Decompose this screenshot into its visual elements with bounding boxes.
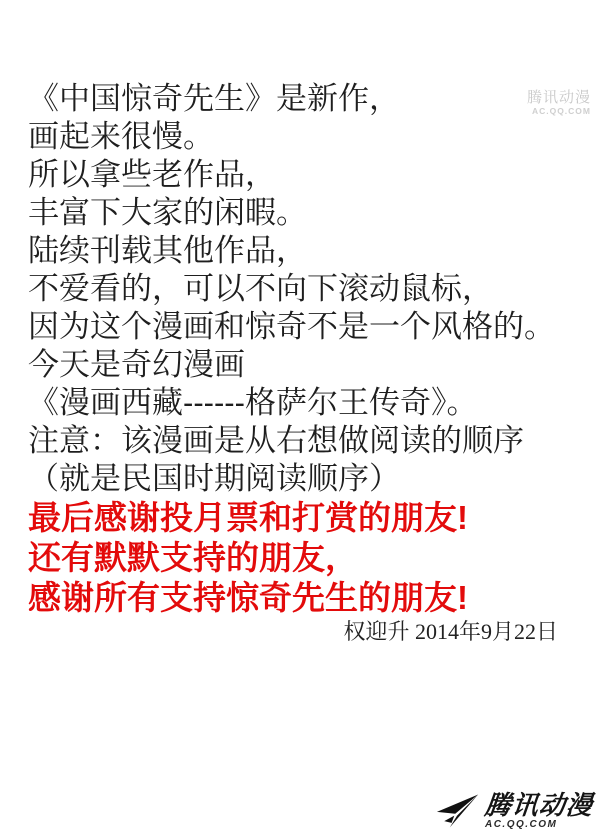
note-line: 丰富下大家的闲暇。 [28,195,307,230]
logo-text-block: 腾讯动漫 AC.QQ.COM [485,792,593,830]
author-note: 《中国惊奇先生》是新作， 画起来很慢。 所以拿些老作品， 丰富下大家的闲暇。 陆… [28,80,571,646]
note-line: 所以拿些老作品， [28,157,276,192]
tencent-comic-logo: 腾讯动漫 AC.QQ.COM [436,792,593,830]
note-paragraph-other-works: 陆续刊载其他作品， 不爱看的，可以不向下滚动鼠标， 因为这个漫画和惊奇不是一个风… [28,232,571,346]
note-paragraph-title-notice: 《漫画西藏------格萨尔王传奇》。 注意：该漫画是从右想做阅读的顺序 （就是… [28,384,571,498]
note-line: 《漫画西藏------格萨尔王传奇》。 [28,385,477,420]
thanks-line: 还有默默支持的朋友， [28,539,358,576]
note-line: （就是民国时期阅读顺序） [28,461,400,496]
note-line: 不爱看的，可以不向下滚动鼠标， [28,271,493,306]
comic-author-note-page: 腾讯动漫 AC.QQ.COM 《中国惊奇先生》是新作， 画起来很慢。 所以拿些老… [0,0,599,838]
paper-plane-icon [436,792,480,830]
thanks-line: 感谢所有支持惊奇先生的朋友! [28,579,468,616]
thanks-paragraph: 最后感谢投月票和打赏的朋友! 还有默默支持的朋友， 感谢所有支持惊奇先生的朋友! [28,498,571,618]
thanks-line: 最后感谢投月票和打赏的朋友! [28,499,468,536]
note-line: 注意：该漫画是从右想做阅读的顺序 [28,423,524,458]
logo-brand-text: 腾讯动漫 [484,792,595,818]
note-paragraph-today: 今天是奇幻漫画 [28,346,571,384]
author-signature: 权迎升 2014年9月22日 [28,618,571,646]
note-line: 陆续刊载其他作品， [28,233,307,268]
logo-url-text: AC.QQ.COM [485,819,557,830]
note-paragraph-intro: 《中国惊奇先生》是新作， 画起来很慢。 所以拿些老作品， 丰富下大家的闲暇。 [28,80,571,232]
note-line: 画起来很慢。 [28,119,214,154]
note-line: 今天是奇幻漫画 [28,347,245,382]
note-line: 《中国惊奇先生》是新作， [28,81,400,116]
note-line: 因为这个漫画和惊奇不是一个风格的。 [28,309,555,344]
